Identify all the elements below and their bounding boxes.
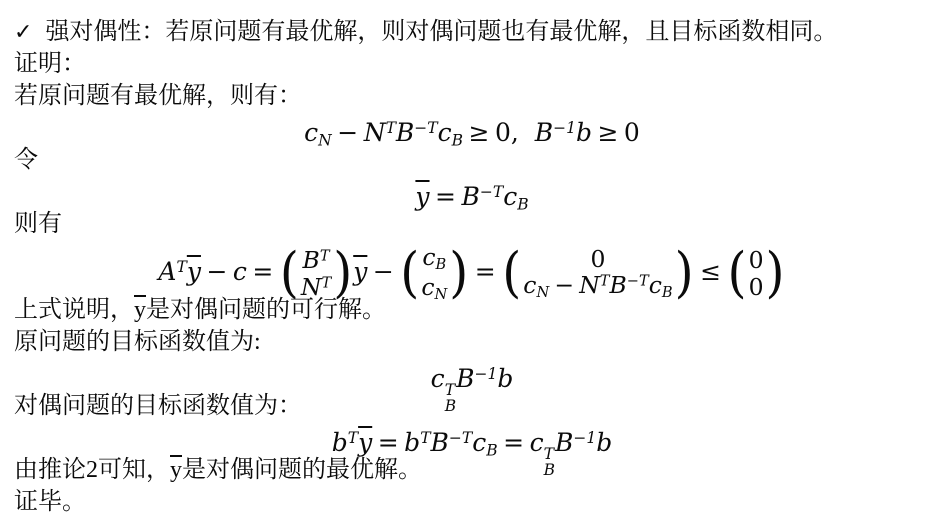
vector-row: cN [421, 274, 447, 303]
line-premise-line: 若原问题有最优解，则有： [14, 80, 930, 112]
sub-sup-group: cTB [431, 364, 456, 393]
vector-row: cB [422, 244, 446, 273]
vector-row: cN−NTB−TcB [523, 272, 672, 301]
y-bar: y [187, 257, 201, 286]
text-fragment: 上式说明， [14, 297, 134, 323]
y-bar: y [353, 257, 367, 286]
vector-row: BT [303, 247, 330, 273]
line-remark-dual-feasible: 上式说明，y是对偶问题的可行解。 [14, 294, 930, 326]
text-fragment: 是对偶问题的最优解。 [182, 457, 422, 483]
theorem-text: 强对偶性：若原问题有最优解，则对偶问题也有最优解，且目标函数相同。 [45, 19, 837, 45]
right-parenthesis: ) [449, 246, 468, 301]
left-parenthesis: ( [728, 246, 747, 301]
y-bar: y [134, 297, 146, 323]
right-parenthesis: ) [333, 246, 352, 301]
line-dual-objective-label: 对偶问题的目标函数值为： [14, 390, 930, 422]
y-bar: y [415, 182, 429, 211]
document-body: ✓强对偶性：若原问题有最优解，则对偶问题也有最优解，且目标函数相同。证明：若原问… [0, 0, 936, 518]
vector-entries: 00 [747, 247, 766, 300]
left-parenthesis: ( [502, 246, 521, 301]
sub-sup-group: cTB [530, 428, 555, 457]
vector-row: 0 [749, 274, 764, 300]
right-parenthesis: ) [675, 246, 694, 301]
column-vector: (cBcN) [400, 244, 468, 303]
vector-row: 0 [749, 247, 764, 273]
vector-entries: 0cN−NTB−TcB [521, 246, 674, 302]
checkmark-icon: ✓ [14, 20, 32, 45]
line-qed-line: 证毕。 [14, 486, 930, 518]
vector-row: 0 [590, 246, 605, 272]
vector-entries: BTNT [299, 247, 333, 300]
y-bar: y [358, 428, 372, 457]
left-parenthesis: ( [400, 246, 419, 301]
column-vector: (BTNT) [280, 247, 352, 300]
formula-dual-feasibility-derivation: ATy−c=(BTNT)y−(cBcN)=(0cN−NTB−TcB)≤(00) [14, 240, 930, 294]
line-let-label: 令 [14, 144, 930, 176]
document-page: ✓强对偶性：若原问题有最优解，则对偶问题也有最优解，且目标函数相同。证明：若原问… [0, 0, 936, 518]
line-primal-objective-label: 原问题的目标函数值为: [14, 326, 930, 358]
formula-dual-objective-value: bTy=bTB−TcB=cTBB−1b [14, 422, 930, 454]
column-vector: (00) [728, 247, 785, 300]
left-parenthesis: ( [280, 246, 299, 301]
vector-entries: cBcN [419, 244, 449, 303]
right-parenthesis: ) [766, 246, 785, 301]
line-theorem-strong-duality: ✓强对偶性：若原问题有最优解，则对偶问题也有最优解，且目标函数相同。 [14, 16, 930, 48]
line-conclusion-line: 由推论2可知，y是对偶问题的最优解。 [14, 454, 930, 486]
formula-optimality-conditions: cN−NTB−TcB≥0, B−1b≥0 [14, 112, 930, 144]
line-then-label: 则有 [14, 208, 930, 240]
column-vector: (0cN−NTB−TcB) [502, 246, 693, 302]
formula-dual-solution-definition: y=B−TcB [14, 176, 930, 208]
line-proof-label: 证明： [14, 48, 930, 80]
text-fragment: 由推论2可知， [14, 457, 170, 483]
y-bar: y [170, 457, 182, 483]
formula-primal-objective-value: cTBB−1b [14, 358, 930, 390]
